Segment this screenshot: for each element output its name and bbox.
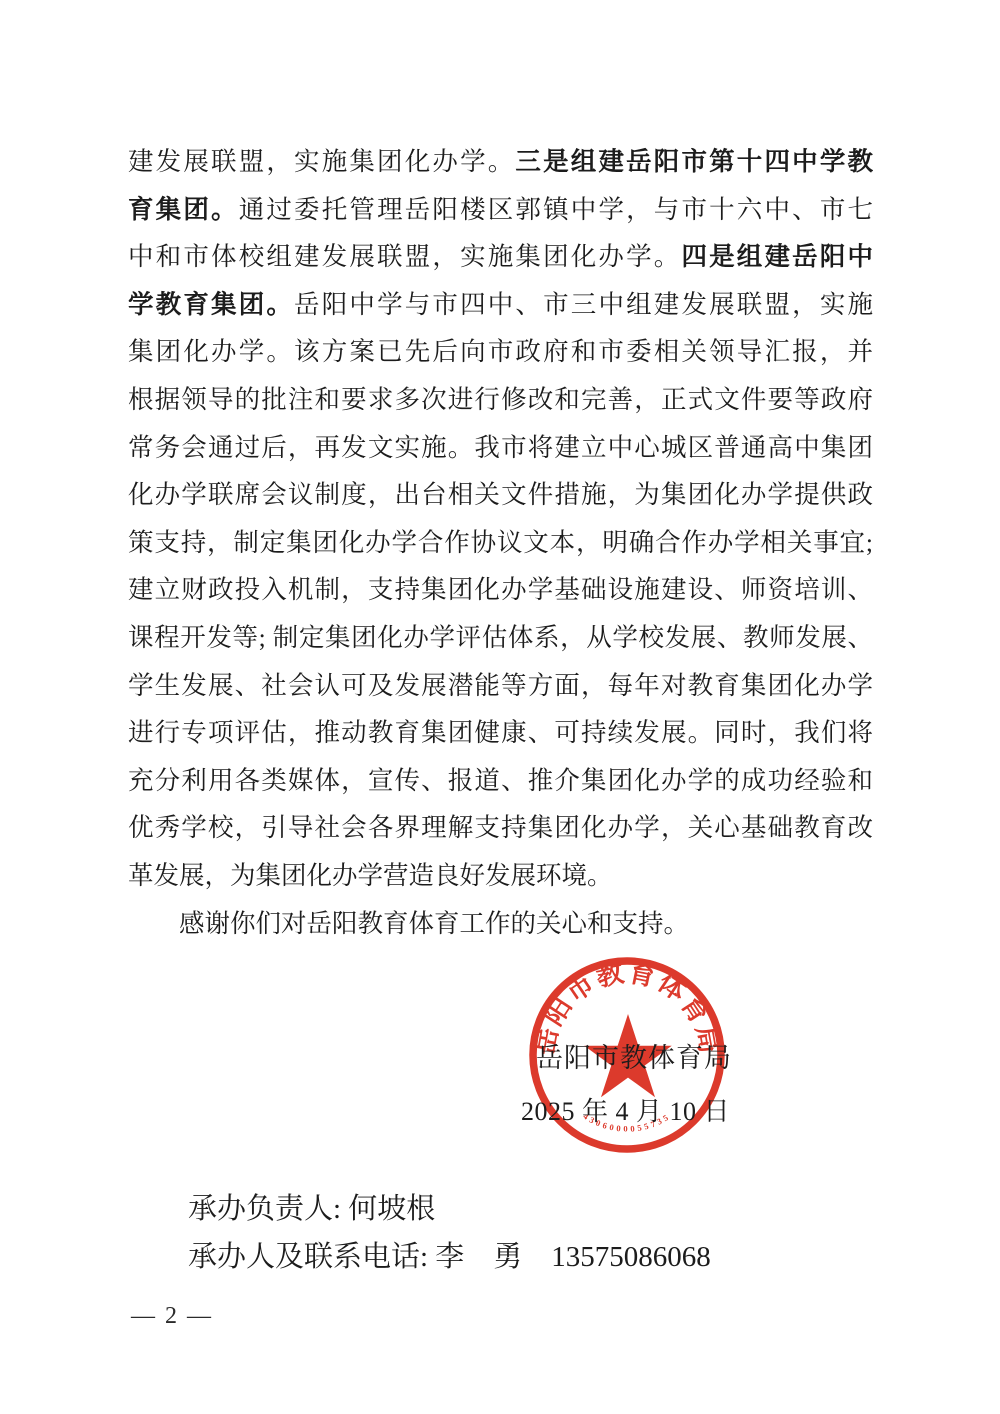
body-line: 充分利用各类媒体，宣传、报道、推介集团化办学的成功经验和 [128,757,873,805]
body-text: 常务会通过后，再发文实施。我市将建立中心城区普通高中集团 [128,433,873,462]
body-text: 感谢你们对岳阳教育体育工作的关心和支持。 [179,909,689,938]
body-line: 课程开发等; 制定集团化办学评估体系，从学校发展、教师发展、 [128,614,873,662]
body-text: 根据领导的批注和要求多次进行修改和完善，正式文件要等政府 [128,385,873,414]
page-number: — 2 — [131,1303,213,1330]
body-text-bold: 四是组建岳阳中 [681,242,873,271]
letter-body: 建发展联盟，实施集团化办学。三是组建岳阳市第十四中学教育集团。通过委托管理岳阳楼… [128,138,873,947]
body-line: 集团化办学。该方案已先后向市政府和市委相关领导汇报，并 [128,328,873,376]
body-text: 进行专项评估，推动教育集团健康、可持续发展。同时，我们将 [128,718,873,747]
body-line: 常务会通过后，再发文实施。我市将建立中心城区普通高中集团 [128,424,873,472]
document-page: 建发展联盟，实施集团化办学。三是组建岳阳市第十四中学教育集团。通过委托管理岳阳楼… [0,0,1000,1414]
body-line: 感谢你们对岳阳教育体育工作的关心和支持。 [128,900,873,948]
body-text: 充分利用各类媒体，宣传、报道、推介集团化办学的成功经验和 [128,766,873,795]
body-text: 学生发展、社会认可及发展潜能等方面，每年对教育集团化办学 [128,671,873,700]
body-text-bold: 育集团。 [128,195,239,224]
body-text: 通过委托管理岳阳楼区郭镇中学，与市十六中、市七 [239,195,873,224]
body-text: 建立财政投入机制，支持集团化办学基础设施建设、师资培训、 [128,575,873,604]
body-line: 优秀学校，引导社会各界理解支持集团化办学，关心基础教育改 [128,804,873,852]
body-text-bold: 学教育集团。 [128,290,294,319]
issuer-name: 岳阳市教体育局 [536,1036,732,1075]
body-line: 革发展，为集团化办学营造良好发展环境。 [128,852,873,900]
body-line: 根据领导的批注和要求多次进行修改和完善，正式文件要等政府 [128,376,873,424]
body-line: 学教育集团。岳阳中学与市四中、市三中组建发展联盟，实施 [128,281,873,329]
body-line: 学生发展、社会认可及发展潜能等方面，每年对教育集团化办学 [128,662,873,710]
body-text: 优秀学校，引导社会各界理解支持集团化办学，关心基础教育改 [128,813,873,842]
contact-handler-line: 承办人及联系电话: 李 勇 13575086068 [188,1234,711,1275]
signature-date: 2025 年 4 月 10 日 [521,1091,730,1128]
body-line: 策支持，制定集团化办学合作协议文本，明确合作办学相关事宜; [128,519,873,567]
contact-responsible-line: 承办负责人: 何坡根 [188,1186,435,1227]
body-text: 革发展，为集团化办学营造良好发展环境。 [128,861,613,890]
body-line: 中和市体校组建发展联盟，实施集团化办学。四是组建岳阳中 [128,233,873,281]
body-line: 进行专项评估，推动教育集团健康、可持续发展。同时，我们将 [128,709,873,757]
body-text: 建发展联盟，实施集团化办学。 [128,147,515,176]
body-text: 岳阳中学与市四中、市三中组建发展联盟，实施 [294,290,873,319]
body-line: 建立财政投入机制，支持集团化办学基础设施建设、师资培训、 [128,566,873,614]
body-text: 化办学联席会议制度，出台相关文件措施，为集团化办学提供政 [128,480,873,509]
body-text: 中和市体校组建发展联盟，实施集团化办学。 [128,242,681,271]
body-text: 策支持，制定集团化办学合作协议文本，明确合作办学相关事宜; [128,528,873,557]
body-text-bold: 三是组建岳阳市第十四中学教 [515,147,873,176]
body-line: 化办学联席会议制度，出台相关文件措施，为集团化办学提供政 [128,471,873,519]
body-text: 课程开发等; 制定集团化办学评估体系，从学校发展、教师发展、 [128,623,873,652]
body-line: 建发展联盟，实施集团化办学。三是组建岳阳市第十四中学教 [128,138,873,186]
body-text: 集团化办学。该方案已先后向市政府和市委相关领导汇报，并 [128,337,873,366]
body-line: 育集团。通过委托管理岳阳楼区郭镇中学，与市十六中、市七 [128,186,873,234]
